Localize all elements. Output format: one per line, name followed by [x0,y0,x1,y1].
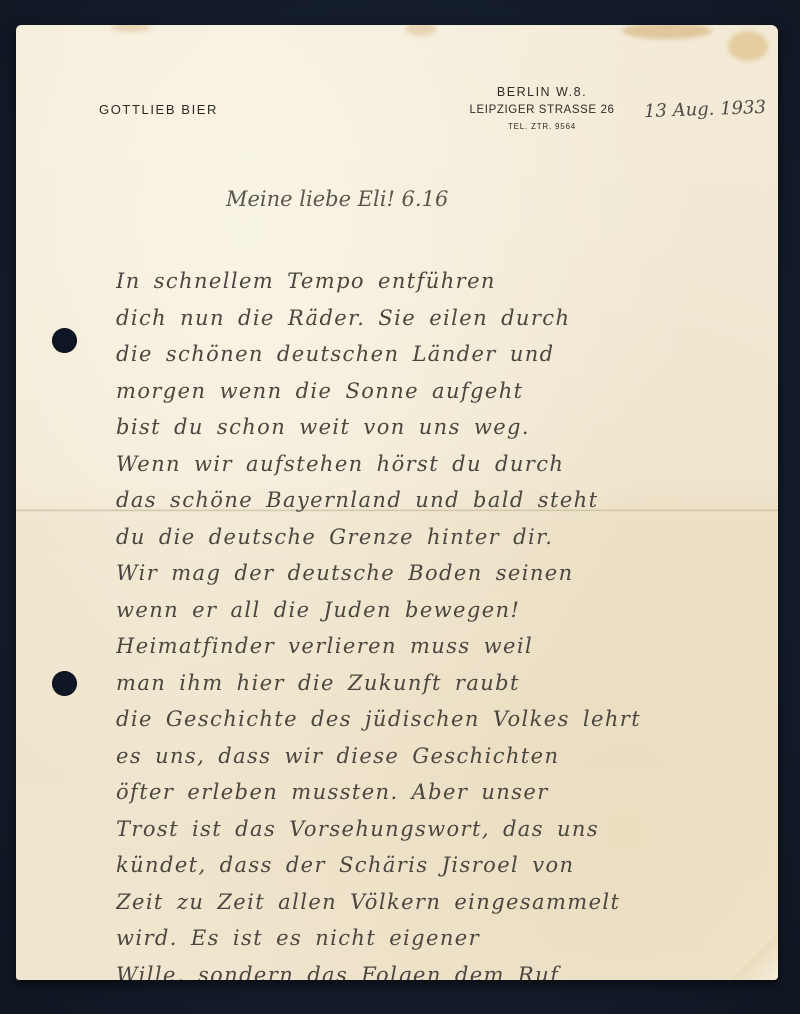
body-line: kündet, dass der Schäris Jisroel von [116,847,778,884]
punch-hole-icon [52,671,77,696]
letter-sheet: GOTTLIEB BIER BERLIN W.8. LEIPZIGER STRA… [16,25,778,980]
body-line: die schönen deutschen Länder und [116,336,778,373]
body-line: dich nun die Räder. Sie eilen durch [116,300,778,337]
letter-body: In schnellem Tempo entführen dich nun di… [116,263,778,980]
paper-stain [622,25,712,39]
letterhead-sender-name: GOTTLIEB BIER [99,102,218,117]
salutation: Meine liebe Eli! 6.16 [226,187,448,211]
body-line: bist du schon weit von uns weg. [116,409,778,446]
punch-hole-icon [52,328,77,353]
body-line: Wenn wir aufstehen hörst du durch [116,446,778,483]
body-line: öfter erleben mussten. Aber unser [116,774,778,811]
body-line: es uns, dass wir diese Geschichten [116,738,778,775]
body-line: du die deutsche Grenze hinter dir. [116,519,778,556]
handwritten-date: 13 Aug. 1933 [644,97,767,122]
body-line: Heimatfinder verlieren muss weil [116,628,778,665]
letterhead-city: BERLIN W.8. [462,85,622,99]
paper-stain [728,31,768,61]
body-line: Zeit zu Zeit allen Völkern eingesammelt [116,884,778,921]
paper-stain [406,25,436,36]
body-line: Wir mag der deutsche Boden seinen [116,555,778,592]
letterhead-address: BERLIN W.8. LEIPZIGER STRASSE 26 TEL. ZT… [462,85,622,131]
body-line: wird. Es ist es nicht eigener [116,920,778,957]
body-line: wenn er all die Juden bewegen! [116,592,778,629]
body-line: morgen wenn die Sonne aufgeht [116,373,778,410]
body-line: Wille, sondern das Folgen dem Ruf [116,957,778,981]
body-line: die Geschichte des jüdischen Volkes lehr… [116,701,778,738]
body-line: das schöne Bayernland und bald steht [116,482,778,519]
body-line: Trost ist das Vorsehungswort, das uns [116,811,778,848]
body-line: In schnellem Tempo entführen [116,263,778,300]
paper-stain [111,25,151,32]
body-line: man ihm hier die Zukunft raubt [116,665,778,702]
letterhead-telephone: TEL. ZTR. 9564 [462,122,622,131]
letterhead-street: LEIPZIGER STRASSE 26 [462,104,622,116]
